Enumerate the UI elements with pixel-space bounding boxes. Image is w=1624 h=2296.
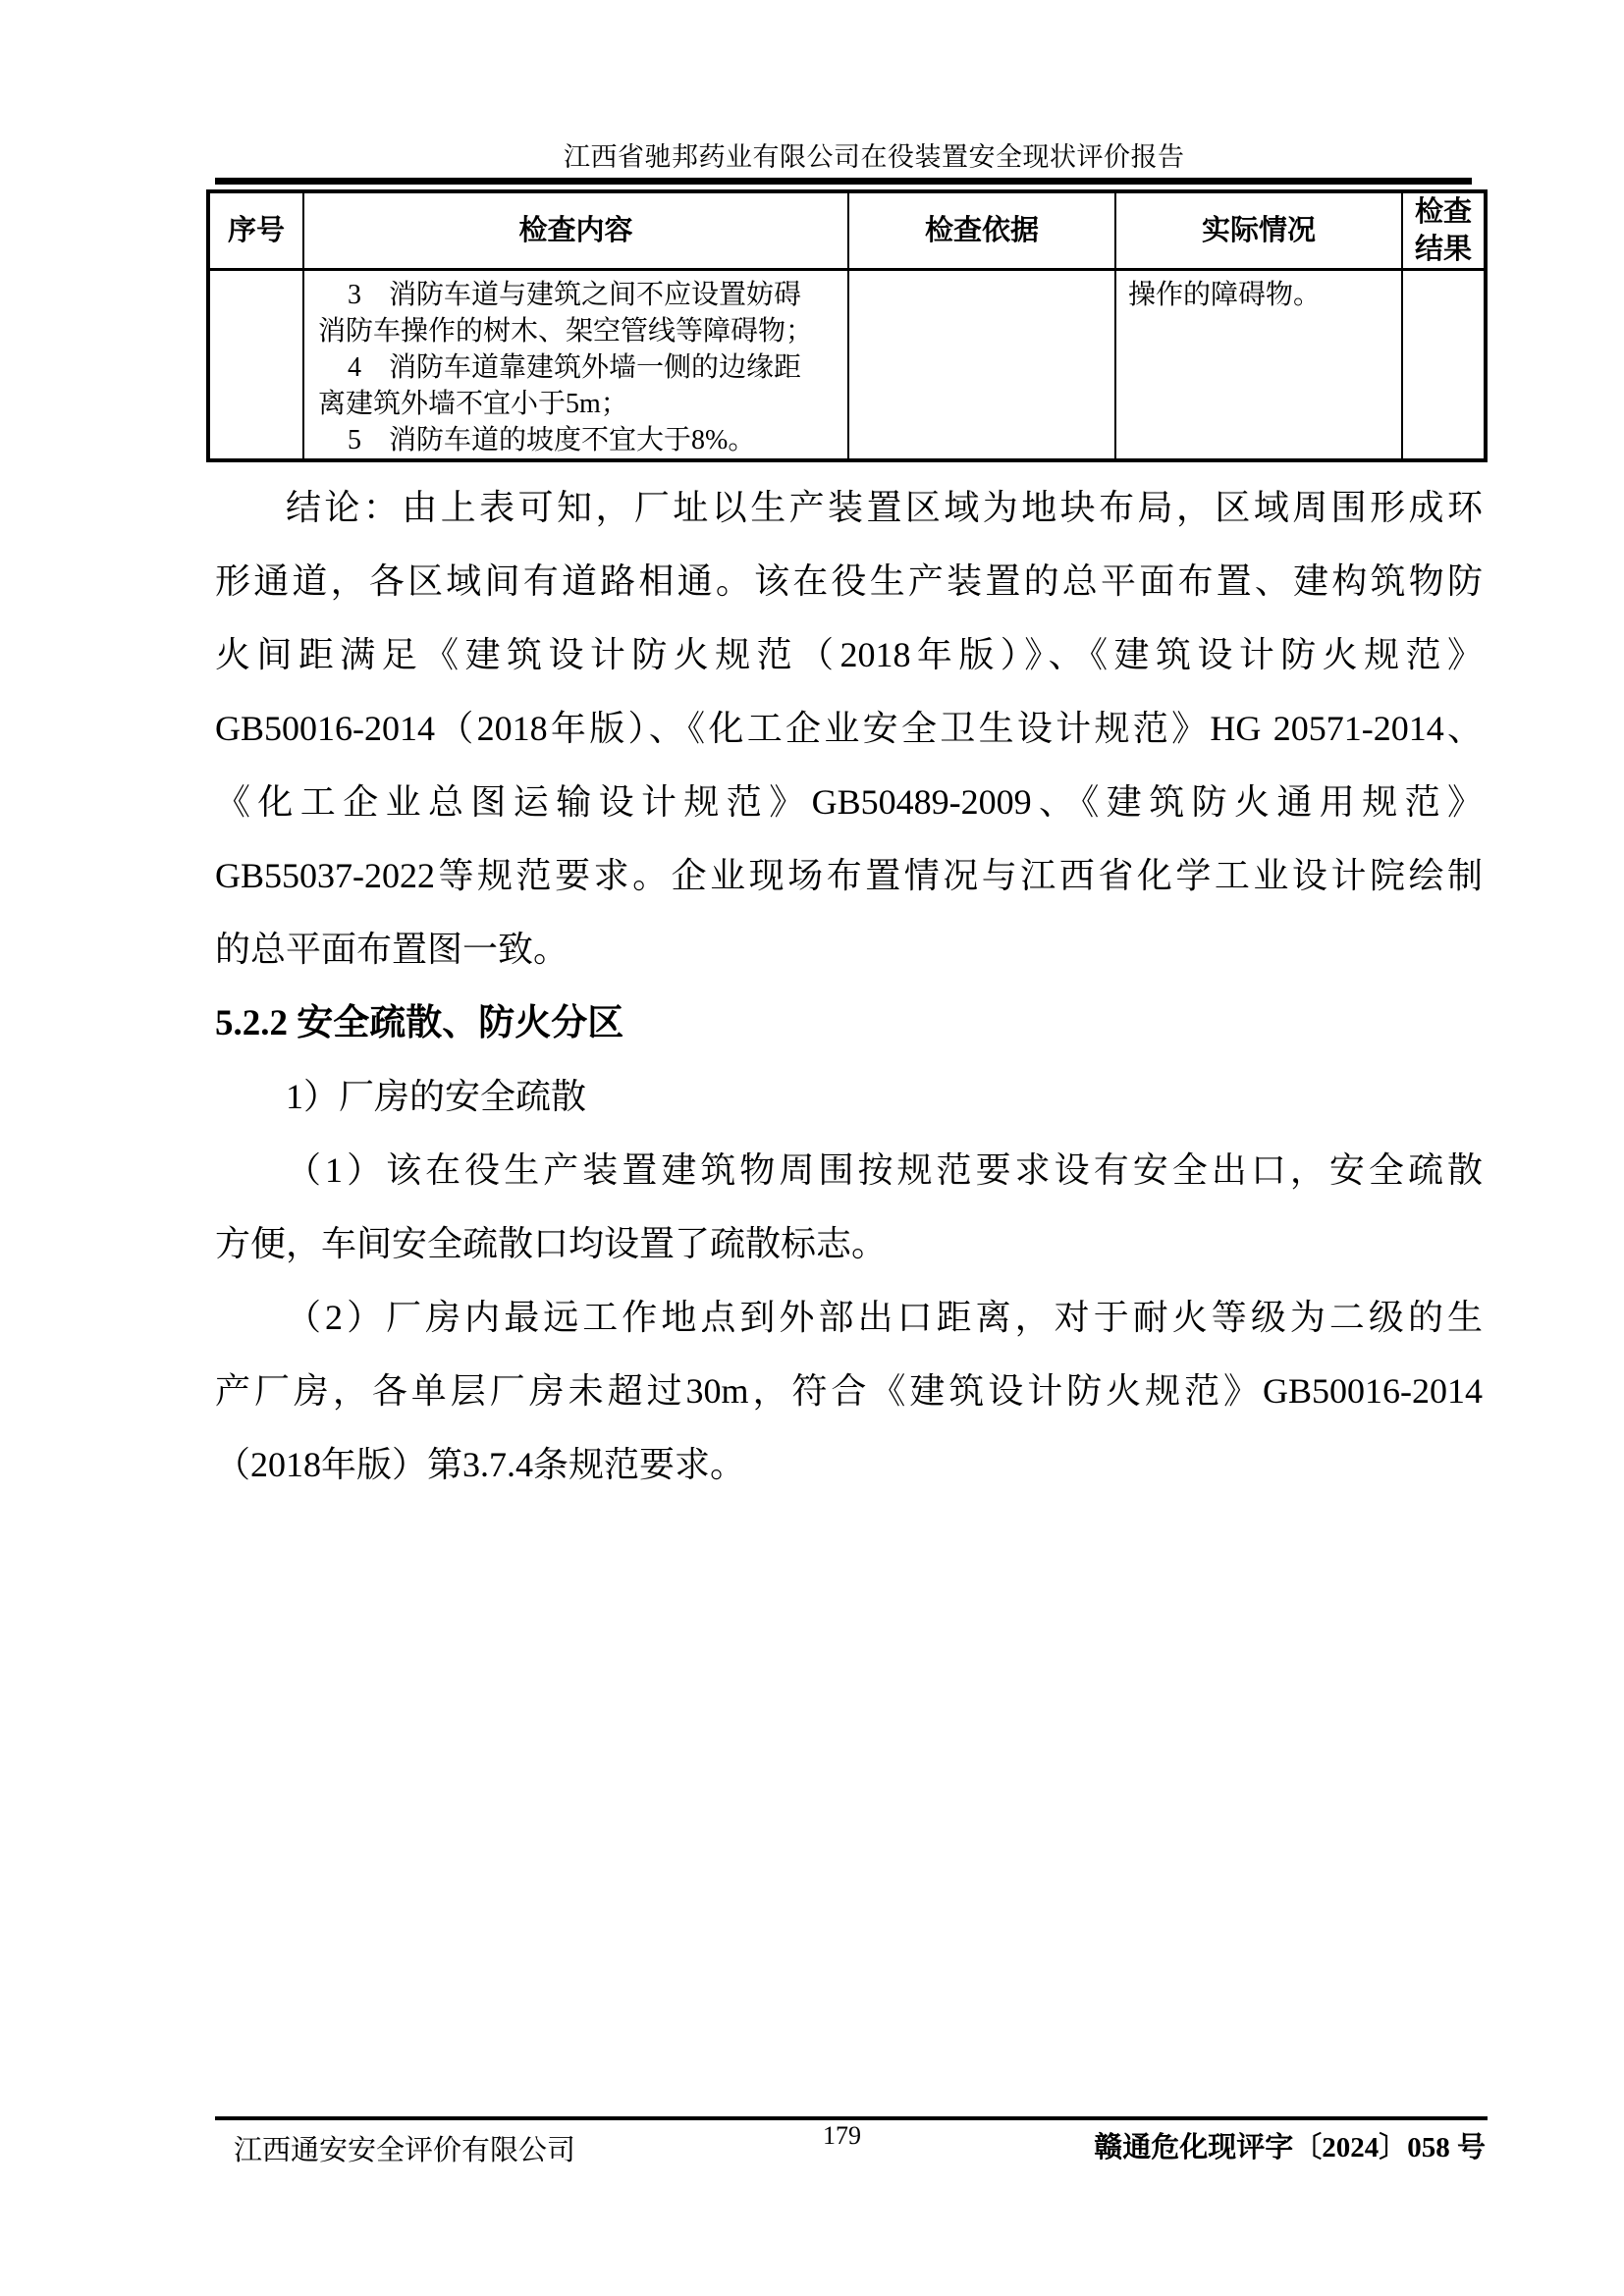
cell-check-basis [848, 270, 1115, 461]
paragraph-conclusion-line: GB55037-2022等规范要求。企业现场布置情况与江西省化学工业设计院绘制 [215, 839, 1483, 913]
paragraph-item2-line: （2）厂房内最远工作地点到外部出口距离，对于耐火等级为二级的生 [215, 1281, 1483, 1355]
paragraph-item1-line: 方便，车间安全疏散口均设置了疏散标志。 [215, 1207, 1483, 1281]
paragraph-item2-line: 产厂房，各单层厂房未超过30m，符合《建筑设计防火规范》GB50016-2014 [215, 1355, 1483, 1428]
paragraph-item1-line: （1）该在役生产装置建筑物周围按规范要求设有安全出口，安全疏散 [215, 1134, 1483, 1207]
paragraph-item2-line: （2018年版）第3.7.4条规范要求。 [215, 1428, 1483, 1502]
paragraph-conclusion-line: 形通道，各区域间有道路相通。该在役生产装置的总平面布置、建构筑物防 [215, 545, 1483, 618]
col-header-check-basis: 检查依据 [848, 191, 1115, 270]
col-header-seq: 序号 [208, 191, 303, 270]
section-heading-5-2-2: 5.2.2 安全疏散、防火分区 [215, 987, 1483, 1060]
cell-actual-situation: 操作的障碍物。 [1115, 270, 1402, 461]
check-content-line: 消防车操作的树木、架空管线等障碍物； [318, 313, 834, 349]
col-header-check-content: 检查内容 [303, 191, 848, 270]
footer-company-name: 江西通安安全评价有限公司 [234, 2128, 575, 2168]
paragraph-conclusion-line: 的总平面布置图一致。 [215, 913, 1483, 987]
check-content-line: 3 消防车道与建筑之间不应设置妨碍 [318, 277, 834, 313]
cell-check-result [1402, 270, 1486, 461]
cell-check-content: 3 消防车道与建筑之间不应设置妨碍 消防车操作的树木、架空管线等障碍物； 4 消… [303, 270, 848, 461]
doc-header-title: 江西省驰邦药业有限公司在役装置安全现状评价报告 [564, 135, 1185, 174]
footer-rule [215, 2116, 1488, 2120]
cell-seq [208, 270, 303, 461]
check-content-line: 离建筑外墙不宜小于5m； [318, 386, 834, 422]
footer-page-number: 179 [823, 2121, 861, 2151]
table-row: 3 消防车道与建筑之间不应设置妨碍 消防车操作的树木、架空管线等障碍物； 4 消… [208, 270, 1486, 461]
paragraph-conclusion-line: 结论：由上表可知，厂址以生产装置区域为地块布局，区域周围形成环 [215, 471, 1483, 545]
subheading-factory-evacuation: 1）厂房的安全疏散 [215, 1060, 1483, 1134]
check-content-line: 4 消防车道靠建筑外墙一侧的边缘距 [318, 349, 834, 386]
header-rule [215, 178, 1472, 185]
footer-document-number: 赣通危化现评字〔2024〕058 号 [1094, 2125, 1486, 2165]
table-header-row: 序号 检查内容 检查依据 实际情况 检查结果 [208, 191, 1486, 270]
actual-situation-text: 操作的障碍物。 [1116, 271, 1401, 313]
inspection-table: 序号 检查内容 检查依据 实际情况 检查结果 3 消防车道与建筑之间不应设置妨碍… [206, 189, 1488, 462]
col-header-actual-situation: 实际情况 [1115, 191, 1402, 270]
check-content-line: 5 消防车道的坡度不宜大于8%。 [318, 422, 834, 458]
paragraph-conclusion-line: 火间距满足《建筑设计防火规范（2018年版）》、《建筑设计防火规范》 [215, 618, 1483, 692]
paragraph-conclusion-line: GB50016-2014（2018年版）、《化工企业安全卫生设计规范》HG 20… [215, 692, 1483, 766]
report-page: 江西省驰邦药业有限公司在役装置安全现状评价报告 序号 检查内容 检查依据 实际情… [0, 0, 1624, 2296]
col-header-check-result: 检查结果 [1402, 191, 1486, 270]
main-text: 结论：由上表可知，厂址以生产装置区域为地块布局，区域周围形成环 形通道，各区域间… [215, 471, 1483, 1502]
paragraph-conclusion-line: 《化工企业总图运输设计规范》GB50489-2009、《建筑防火通用规范》 [215, 766, 1483, 839]
